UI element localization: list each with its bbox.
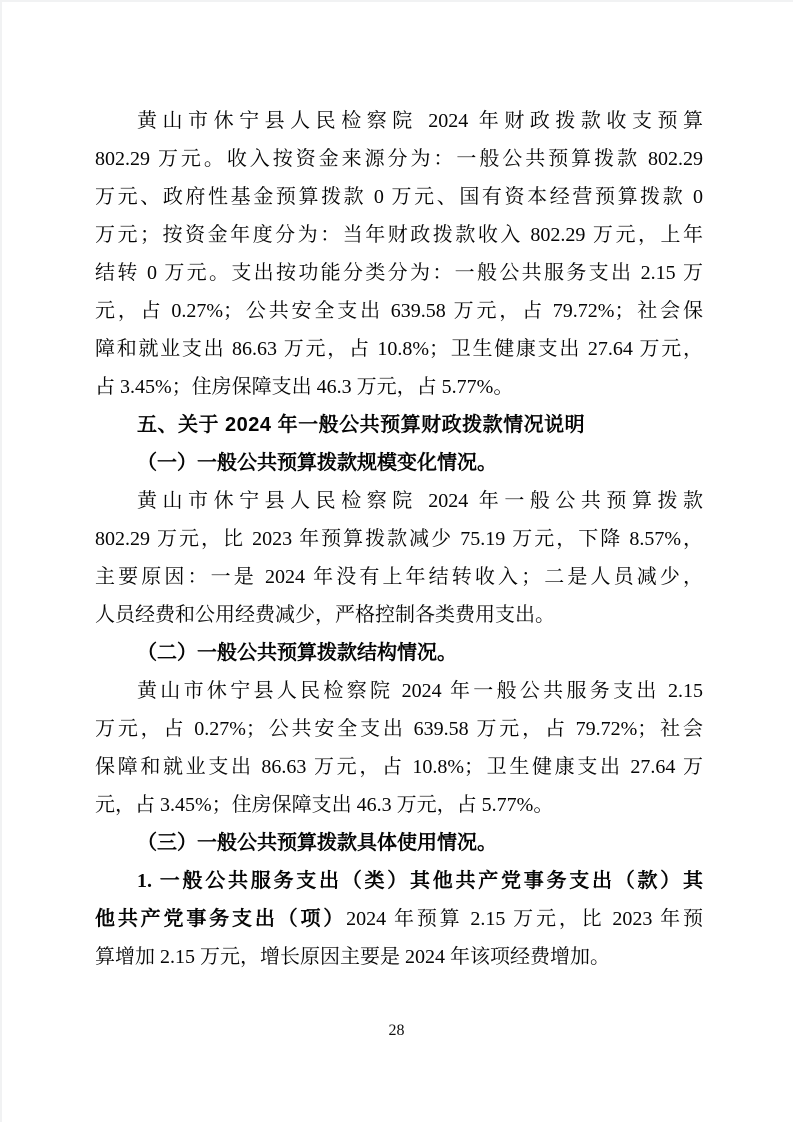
bold-text-segment: （一）一般公共预算拨款规模变化情况。 (137, 452, 497, 474)
text-line: 障和就业支出 86.63 万元，占 10.8%；卫生健康支出 27.64 万元， (95, 330, 703, 368)
text-line: 五、关于 2024 年一般公共预算财政拨款情况说明 (95, 406, 703, 444)
section-5-heading: 五、关于 2024 年一般公共预算财政拨款情况说明 (95, 406, 703, 444)
bold-text-segment: 五、关于 2024 年一般公共预算财政拨款情况说明 (137, 414, 585, 436)
subsection-2-heading: （二）一般公共预算拨款结构情况。 (95, 634, 703, 672)
page-number: 28 (0, 1020, 793, 1042)
text-line: 黄山市休宁县人民检察院 2024 年财政拨款收支预算 (95, 102, 703, 140)
text-line: 结转 0 万元。支出按功能分类分为：一般公共服务支出 2.15 万 (95, 254, 703, 292)
text-segment: 802.29 万元。收入按资金来源分为：一般公共预算拨款 802.29 (95, 148, 703, 170)
text-line: 802.29 万元。收入按资金来源分为：一般公共预算拨款 802.29 (95, 140, 703, 178)
text-line: 人员经费和公用经费减少，严格控制各类费用支出。 (95, 596, 703, 634)
text-segment: 人员经费和公用经费减少，严格控制各类费用支出。 (95, 604, 555, 626)
text-segment: 黄山市休宁县人民检察院 2024 年财政拨款收支预算 (137, 110, 703, 132)
text-segment: 黄山市休宁县人民检察院 2024 年一般公共预算拨款 (137, 490, 703, 512)
text-line: 占 3.45%；住房保障支出 46.3 万元，占 5.77%。 (95, 368, 703, 406)
bold-text-segment: （二）一般公共预算拨款结构情况。 (137, 642, 457, 664)
text-line: 802.29 万元，比 2023 年预算拨款减少 75.19 万元，下降 8.5… (95, 520, 703, 558)
text-segment: 占 3.45%；住房保障支出 46.3 万元，占 5.77%。 (95, 376, 513, 398)
subsection-3-heading: （三）一般公共预算拨款具体使用情况。 (95, 824, 703, 862)
text-segment: 保障和就业支出 86.63 万元，占 10.8%；卫生健康支出 27.64 万 (95, 756, 703, 778)
text-segment: 元，占 0.27%；公共安全支出 639.58 万元，占 79.72%；社会保 (95, 300, 703, 322)
fiscal-appropriation-overview-paragraph: 黄山市休宁县人民检察院 2024 年财政拨款收支预算802.29 万元。收入按资… (95, 102, 703, 406)
text-line: 万元，占 0.27%；公共安全支出 639.58 万元，占 79.72%；社会 (95, 710, 703, 748)
text-segment: 结转 0 万元。支出按功能分类分为：一般公共服务支出 2.15 万 (95, 262, 703, 284)
text-line: 元，占 0.27%；公共安全支出 639.58 万元，占 79.72%；社会保 (95, 292, 703, 330)
text-segment: 元，占 3.45%；住房保障支出 46.3 万元，占 5.77%。 (95, 794, 553, 816)
text-line: （二）一般公共预算拨款结构情况。 (95, 634, 703, 672)
text-line: 主要原因：一是 2024 年没有上年结转收入；二是人员减少， (95, 558, 703, 596)
text-segment: 802.29 万元，比 2023 年预算拨款减少 75.19 万元，下降 8.5… (95, 528, 703, 550)
text-segment: 2024 年预算 2.15 万元，比 2023 年预 (346, 908, 703, 930)
document-body: 黄山市休宁县人民检察院 2024 年财政拨款收支预算802.29 万元。收入按资… (95, 102, 703, 976)
text-line: 1. 一般公共服务支出（类）其他共产党事务支出（款）其 (95, 862, 703, 900)
text-line: 他共产党事务支出（项）2024 年预算 2.15 万元，比 2023 年预 (95, 900, 703, 938)
text-line: 黄山市休宁县人民检察院 2024 年一般公共预算拨款 (95, 482, 703, 520)
text-segment: 万元，占 0.27%；公共安全支出 639.58 万元，占 79.72%；社会 (95, 718, 703, 740)
text-line: （三）一般公共预算拨款具体使用情况。 (95, 824, 703, 862)
budget-scale-change-paragraph: 黄山市休宁县人民检察院 2024 年一般公共预算拨款802.29 万元，比 20… (95, 482, 703, 634)
text-line: 万元；按资金年度分为：当年财政拨款收入 802.29 万元，上年 (95, 216, 703, 254)
text-line: 保障和就业支出 86.63 万元，占 10.8%；卫生健康支出 27.64 万 (95, 748, 703, 786)
bold-text-segment: 他共产党事务支出（项） (95, 908, 346, 930)
text-line: 万元、政府性基金预算拨款 0 万元、国有资本经营预算拨款 0 (95, 178, 703, 216)
budget-structure-paragraph: 黄山市休宁县人民检察院 2024 年一般公共服务支出 2.15万元，占 0.27… (95, 672, 703, 824)
text-line: （一）一般公共预算拨款规模变化情况。 (95, 444, 703, 482)
text-line: 算增加 2.15 万元，增长原因主要是 2024 年该项经费增加。 (95, 938, 703, 976)
text-segment: 主要原因：一是 2024 年没有上年结转收入；二是人员减少， (95, 566, 703, 588)
text-segment: 障和就业支出 86.63 万元，占 10.8%；卫生健康支出 27.64 万元， (95, 338, 703, 360)
bold-text-segment: 1. 一般公共服务支出（类）其他共产党事务支出（款）其 (137, 870, 703, 892)
subsection-1-heading: （一）一般公共预算拨款规模变化情况。 (95, 444, 703, 482)
text-line: 元，占 3.45%；住房保障支出 46.3 万元，占 5.77%。 (95, 786, 703, 824)
bold-text-segment: （三）一般公共预算拨款具体使用情况。 (137, 832, 497, 854)
text-segment: 万元；按资金年度分为：当年财政拨款收入 802.29 万元，上年 (95, 224, 703, 246)
document-page: 黄山市休宁县人民检察院 2024 年财政拨款收支预算802.29 万元。收入按资… (0, 0, 793, 1122)
text-line: 黄山市休宁县人民检察院 2024 年一般公共服务支出 2.15 (95, 672, 703, 710)
text-segment: 算增加 2.15 万元，增长原因主要是 2024 年该项经费增加。 (95, 946, 610, 968)
text-segment: 万元、政府性基金预算拨款 0 万元、国有资本经营预算拨款 0 (95, 186, 703, 208)
item-1-general-public-service-paragraph: 1. 一般公共服务支出（类）其他共产党事务支出（款）其他共产党事务支出（项）20… (95, 862, 703, 976)
text-segment: 黄山市休宁县人民检察院 2024 年一般公共服务支出 2.15 (137, 680, 703, 702)
